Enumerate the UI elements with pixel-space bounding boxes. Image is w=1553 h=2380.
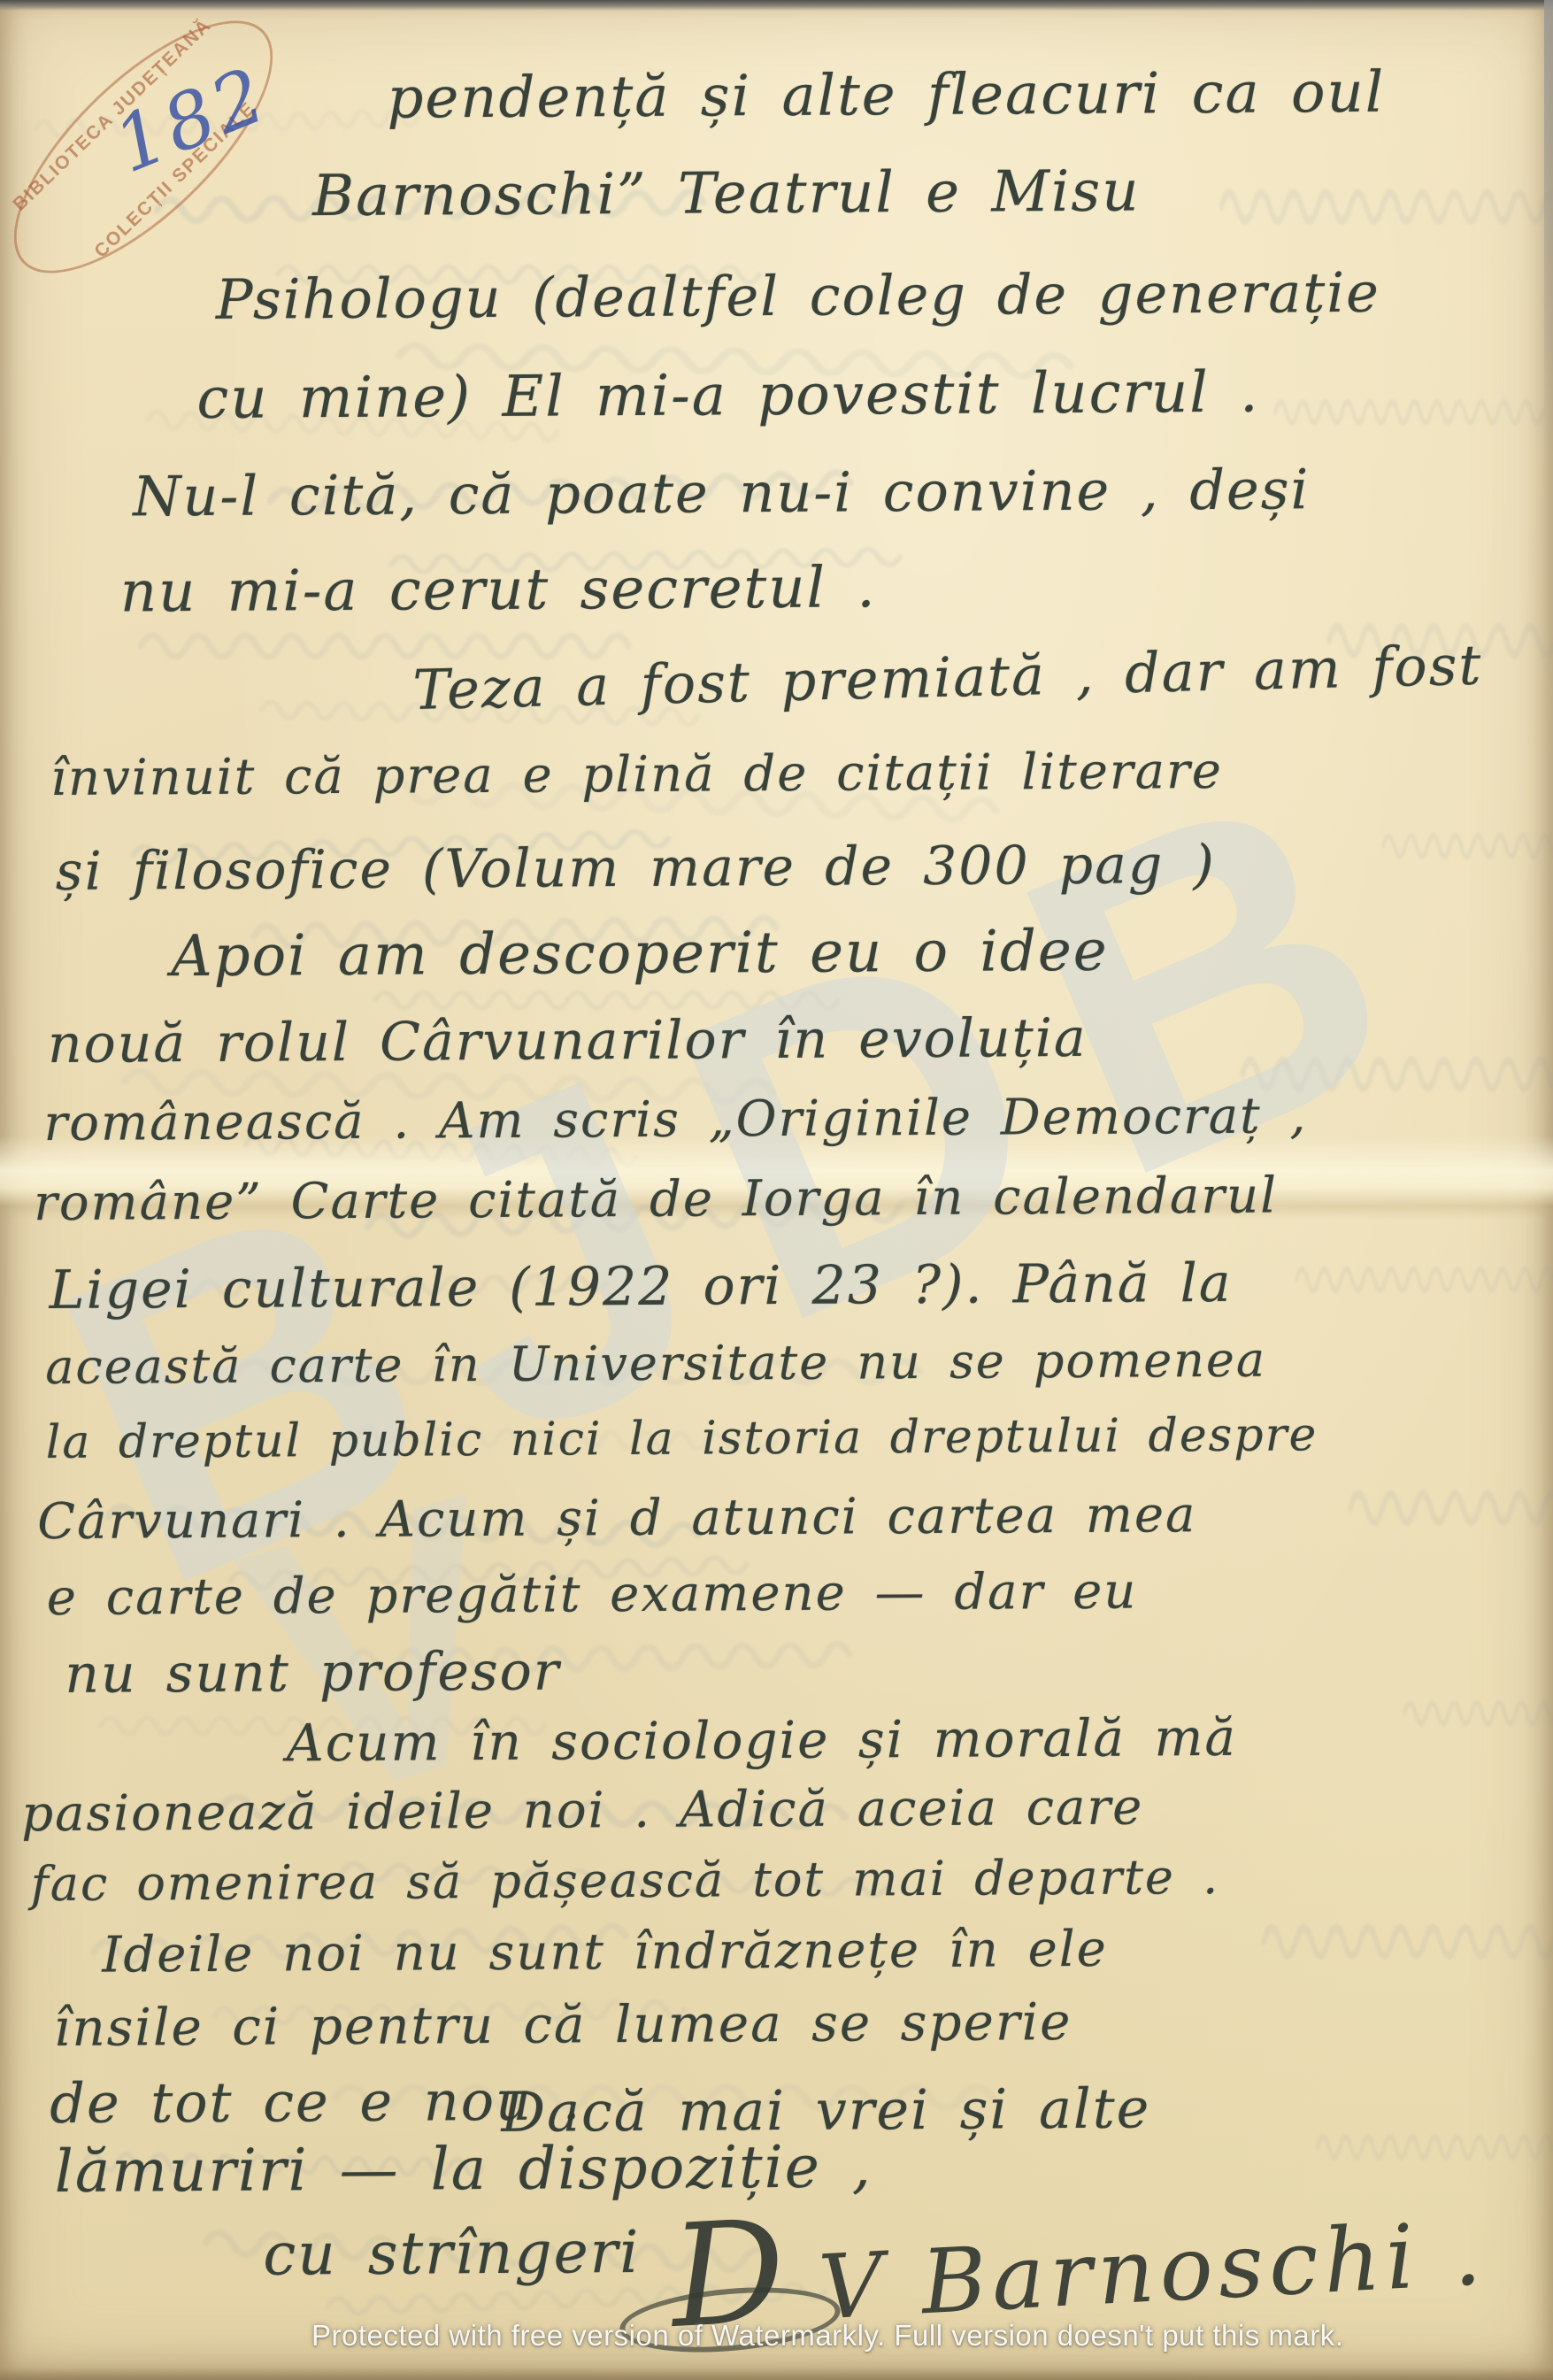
handwriting-line: românească . Am scris „Originile Democra…	[43, 1087, 1307, 1152]
handwriting-line: Teza a fost premiată , dar am fost	[412, 633, 1483, 722]
handwriting-line: cu mine) El mi-a povestit lucrul .	[196, 360, 1259, 432]
handwriting-line: fac omenirea să pășească tot mai departe…	[31, 1849, 1220, 1912]
handwriting-line: Ligei culturale (1922 ori 23 ?). Până la	[49, 1252, 1232, 1321]
handwriting-line: această carte în Universitate nu se pome…	[45, 1332, 1266, 1395]
handwriting-line: Psihologu (dealtfel coleg de generație	[216, 260, 1380, 332]
handwriting-line: la dreptul public nici la istoria dreptu…	[46, 1408, 1319, 1469]
handwriting-line: Apoi am descoperit eu o idee	[171, 919, 1109, 990]
handwriting-line: pendență și alte fleacuri ca oul	[387, 60, 1385, 132]
handwriting-line: Barnoschi” Teatrul e Misu	[312, 158, 1141, 229]
handwriting-line: însile ci pentru că lumea se sperie	[54, 1991, 1072, 2058]
handwriting-line: Ideile noi nu sunt îndrăznețe în ele	[102, 1921, 1108, 1984]
handwriting-line: nu sunt profesor	[65, 1641, 561, 1706]
handwriting-line: nu mi-a cerut secretul .	[120, 555, 877, 625]
handwriting-line: Acum în sociologie și morală mă	[287, 1707, 1238, 1774]
handwriting-line: și filosofice (Volum mare de 300 pag )	[56, 834, 1216, 903]
letter-page: BJDB V BIBLIOTECA JUDEȚEANĂ COLECȚII SPE…	[0, 0, 1553, 2380]
handwriting-line: nouă rolul Cârvunarilor în evoluția	[48, 1007, 1088, 1075]
handwriting-lines: pendență și alte fleacuri ca oulBarnosch…	[0, 0, 1553, 2380]
handwriting-line: Nu-l cită, că poate nu-i convine , deși	[133, 457, 1311, 528]
footer-watermark-text: Protected with free version of Watermark…	[311, 2319, 1343, 2353]
handwriting-line: Cârvunari . Acum și d atunci cartea mea	[37, 1486, 1197, 1551]
handwriting-line: române” Carte citată de Iorga în calenda…	[34, 1167, 1278, 1233]
handwriting-line: cu strîngeri	[263, 2218, 640, 2289]
handwriting-line: pasionează ideile noi . Adică aceia care	[21, 1778, 1143, 1843]
handwriting-line: e carte de pregătit examene — dar eu	[47, 1563, 1138, 1628]
handwriting-line: învinuit că prea e plină de citații lite…	[50, 743, 1223, 807]
